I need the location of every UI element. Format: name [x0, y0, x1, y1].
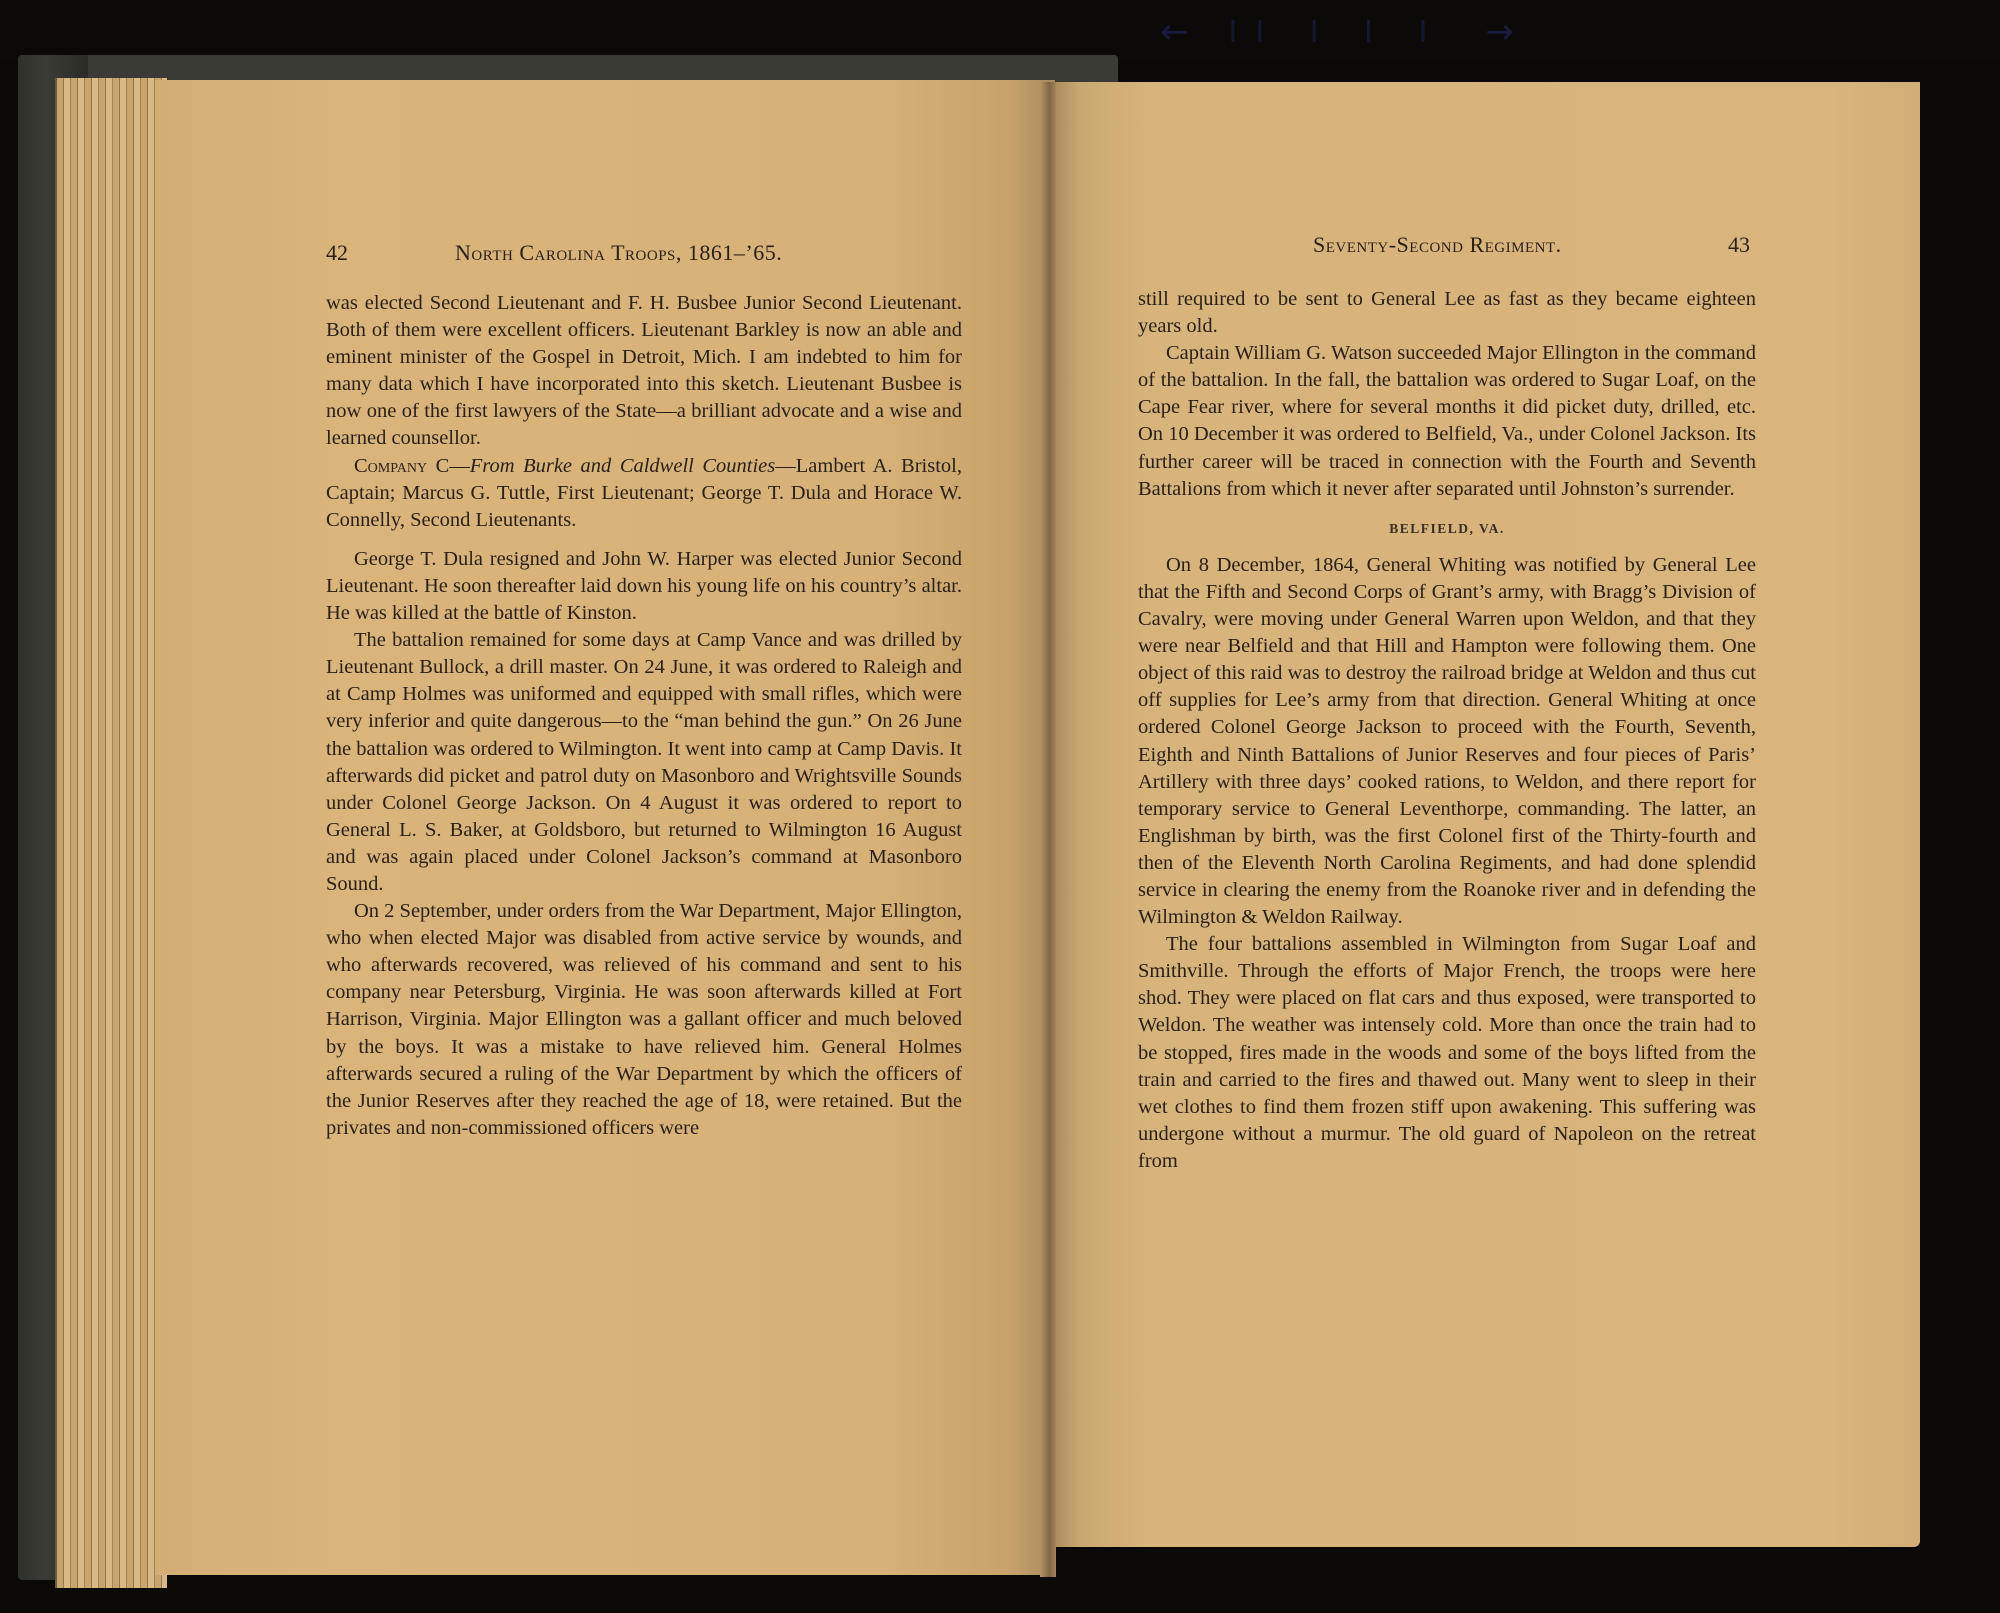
- page-number-right: 43: [1728, 232, 1750, 258]
- paragraph: The battalion remained for some days at …: [326, 627, 962, 898]
- paragraph: On 8 December, 1864, General Whiting was…: [1138, 552, 1756, 931]
- paragraph: On 2 September, under orders from the Wa…: [326, 898, 962, 1142]
- faint-navigation-overlay: ← II I I I →: [1160, 14, 1520, 50]
- company-label: Company C: [354, 455, 449, 477]
- paragraph: was elected Second Lieutenant and F. H. …: [326, 290, 962, 453]
- company-c-paragraph: Company C—From Burke and Caldwell Counti…: [326, 453, 962, 534]
- right-arrow-icon: →: [1485, 12, 1514, 52]
- scanner-background: [0, 0, 2000, 60]
- left-page-body: was elected Second Lieutenant and F. H. …: [326, 290, 962, 1142]
- company-origin: From Burke and Caldwell Counties: [470, 455, 776, 477]
- running-head-left: North Carolina Troops, 1861–’65.: [455, 240, 782, 266]
- nav-label: II I I I: [1229, 15, 1446, 50]
- book-gutter: [1040, 82, 1056, 1577]
- running-head-right: Seventy-Second Regiment.: [1313, 232, 1562, 258]
- paragraph: Captain William G. Watson succeeded Majo…: [1138, 340, 1756, 503]
- left-arrow-icon: ←: [1160, 12, 1189, 52]
- page-number-left: 42: [326, 240, 348, 266]
- paragraph: still required to be sent to General Lee…: [1138, 286, 1756, 340]
- paragraph: The four battalions assembled in Wilming…: [1138, 931, 1756, 1175]
- page-block-edges: [55, 78, 167, 1588]
- right-page-body: still required to be sent to General Lee…: [1138, 286, 1756, 1175]
- section-heading: BELFIELD, VA.: [1138, 515, 1756, 542]
- paragraph: George T. Dula resigned and John W. Harp…: [326, 546, 962, 627]
